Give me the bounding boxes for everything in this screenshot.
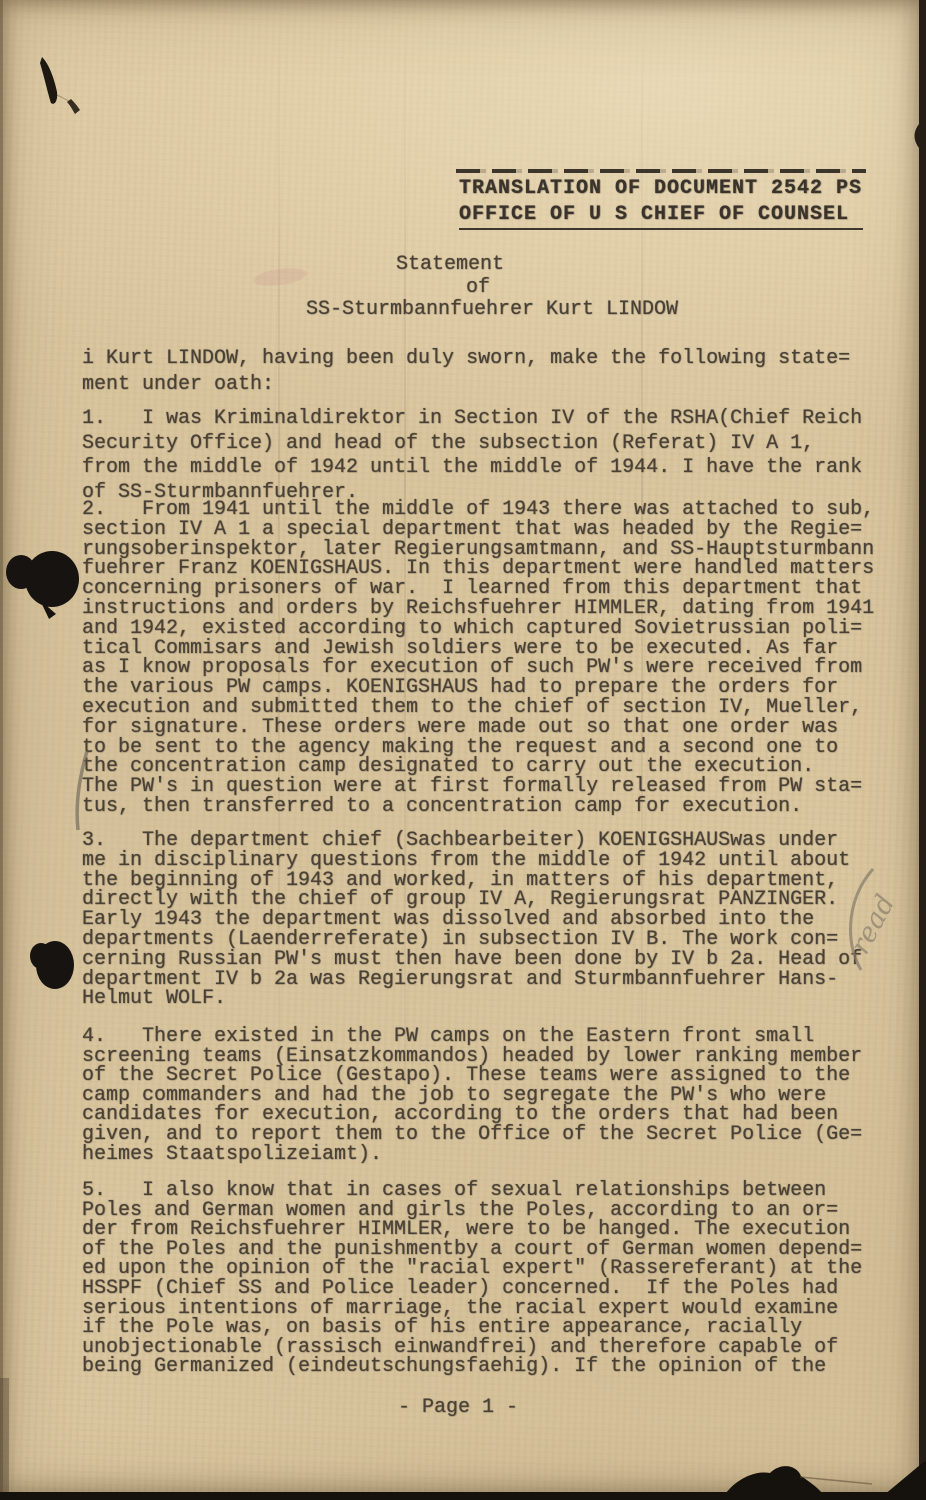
scan-edge-left-shadow — [0, 1378, 9, 1500]
text-line: 1. I was Kriminaldirektor in Section IV … — [82, 407, 862, 432]
text-line: instructions and orders by Reichsfuehrer… — [82, 599, 874, 619]
ink-scratch — [57, 95, 73, 103]
text-line: for signature. These orders were made ou… — [82, 718, 874, 738]
page-number: - Page 1 - — [398, 1396, 518, 1419]
text-line: tus, then transferred to a concentration… — [82, 797, 874, 817]
text-line: Early 1943 the department was dissolved … — [82, 910, 862, 930]
dashed-rule — [456, 169, 866, 173]
scan-edge-left — [0, 0, 3, 1500]
text-line: 5. I also know that in cases of sexual r… — [82, 1181, 862, 1201]
text-line: 3. The department chief (Sachbearbeiter)… — [82, 831, 862, 851]
document-header-line2: OFFICE OF U S CHIEF OF COUNSEL — [459, 203, 863, 230]
text-line: heimes Staatspolizeiamt). — [82, 1145, 862, 1165]
text-line: 2. From 1941 until the middle of 1943 th… — [82, 500, 874, 520]
text-line: der from Reichsfuehrer HIMMLER, were to … — [82, 1220, 862, 1240]
ink-blot-tail — [40, 600, 56, 619]
paragraph-5: 5. I also know that in cases of sexual r… — [82, 1181, 862, 1377]
scratch-line — [800, 1477, 872, 1484]
edge-notch — [915, 124, 920, 148]
text-line: being Germanized (eindeutschungsfaehig).… — [82, 1357, 862, 1377]
title-line-of: of — [466, 276, 490, 299]
text-line: Security Office) and head of the subsect… — [82, 432, 862, 457]
text-line: i Kurt LINDOW, having been duly sworn, m… — [82, 346, 850, 372]
text-line: me in disciplinary questions from the mi… — [82, 851, 862, 871]
scan-edge-right — [919, 0, 926, 1500]
text-line: HSSPF (Chief SS and Police leader) conce… — [82, 1279, 862, 1299]
scan-edge-bottom — [0, 1492, 926, 1500]
text-line: Helmut WOLF. — [82, 989, 862, 1009]
paragraph-1: 1. I was Kriminaldirektor in Section IV … — [82, 407, 862, 505]
torn-corner — [878, 1460, 926, 1500]
text-line: from the middle of 1942 until the middle… — [82, 456, 862, 481]
text-line: 4. There existed in the PW camps on the … — [82, 1027, 862, 1047]
title-line-name: SS-Sturmbannfuehrer Kurt LINDOW — [306, 298, 678, 321]
text-line: concerning prisoners of war. I learned f… — [82, 579, 874, 599]
ink-blot — [25, 551, 79, 607]
text-line: departments (Laenderreferate) in subsect… — [82, 930, 862, 950]
text-line: ment under oath: — [82, 372, 850, 398]
text-line: section IV A 1 a special department that… — [82, 520, 874, 540]
ink-blot — [30, 943, 52, 969]
text-line: given, and to report them to the Office … — [82, 1125, 862, 1145]
paragraph-3: 3. The department chief (Sachbearbeiter)… — [82, 831, 862, 1009]
text-line: the various PW camps. KOENIGSHAUS had to… — [82, 678, 874, 698]
ink-blot — [36, 941, 74, 989]
stain — [252, 265, 308, 288]
ink-blot — [6, 555, 36, 589]
ink-speck — [67, 99, 80, 114]
title-line-statement: Statement — [396, 253, 504, 276]
text-line: The PW's in question were at first forma… — [82, 777, 874, 797]
ink-mark — [40, 57, 57, 104]
document-header-line1: TRANSLATION OF DOCUMENT 2542 PS — [459, 177, 862, 200]
paragraph-2: 2. From 1941 until the middle of 1943 th… — [82, 500, 874, 817]
text-line: if the Pole was, on basis of his entire … — [82, 1318, 862, 1338]
text-line: and 1942, existed according to which cap… — [82, 619, 874, 639]
torn-paper-blob — [726, 1466, 822, 1493]
underlined-header-text: OFFICE OF U S CHIEF OF COUNSEL — [459, 203, 863, 230]
intro-paragraph: i Kurt LINDOW, having been duly sworn, m… — [82, 346, 850, 398]
text-line: cerning Russian PW's must then have been… — [82, 950, 862, 970]
paragraph-4: 4. There existed in the PW camps on the … — [82, 1027, 862, 1164]
text-line: of the Secret Police (Gestapo). These te… — [82, 1066, 862, 1086]
text-line: execution and submitted them to the chie… — [82, 698, 874, 718]
scanned-document-page: TRANSLATION OF DOCUMENT 2542 PS OFFICE O… — [0, 0, 926, 1500]
